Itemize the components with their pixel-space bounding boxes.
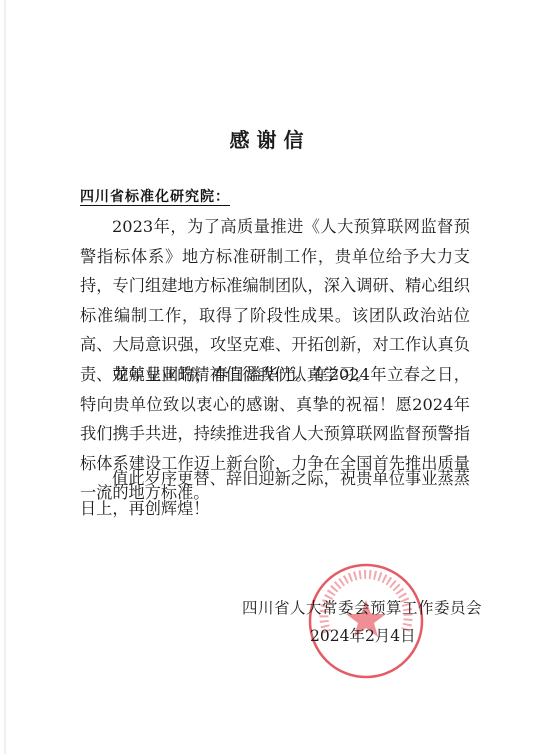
official-seal-star-icon [307, 562, 425, 680]
signature-organization: 四川省人大常委会预算工作委员会 [242, 596, 482, 618]
letter-title: 感谢信 [0, 124, 540, 153]
page-edge [4, 0, 6, 754]
letter-page: 感谢信 四川省标准化研究院： 2023年，为了高质量推进《人大预算联网监督预警指… [0, 0, 540, 754]
paragraph-3: 值此岁序更替、辞旧迎新之际，祝贵单位事业蒸蒸日上，再创辉煌！ [80, 464, 470, 523]
salutation: 四川省标准化研究院： [80, 186, 230, 206]
signature-date: 2024年2月4日 [310, 624, 416, 646]
